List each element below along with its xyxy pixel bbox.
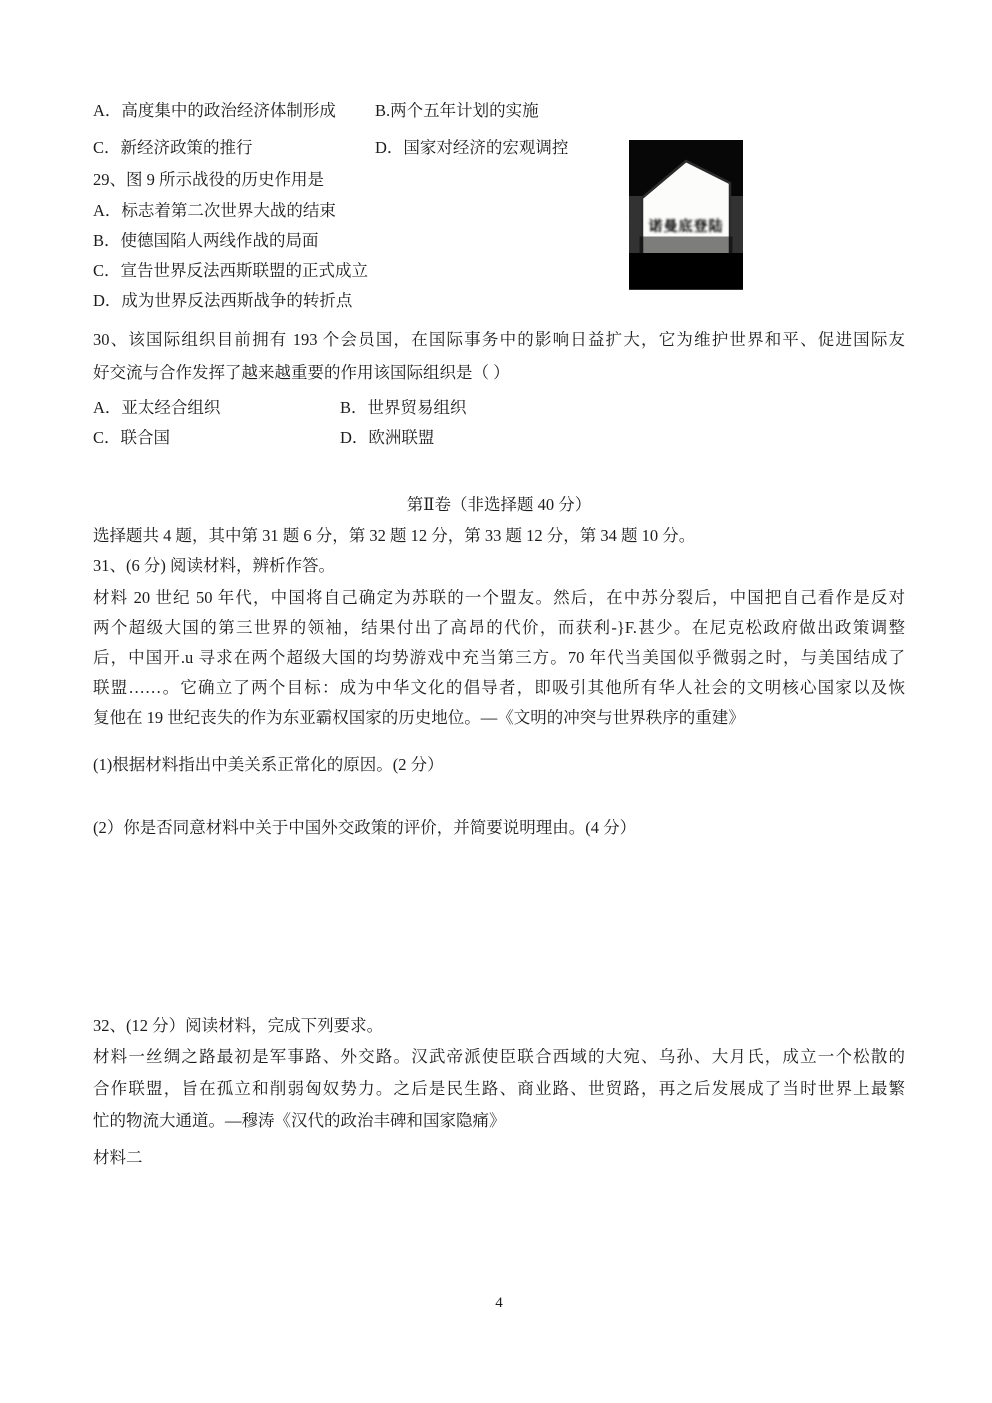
section2-intro: 选择题共 4 题，其中第 31 题 6 分，第 32 题 12 分，第 33 题…	[93, 521, 905, 551]
q30-option-d: D．欧洲联盟	[340, 423, 434, 453]
page-content: A．高度集中的政治经济体制形成 B.两个五年计划的实施 C．新经济政策的推行 D…	[93, 96, 905, 1318]
q31-material-line: 两个超级大国的第三世界的领袖，结果付出了高昂的代价，而获利-}F.甚少。在尼克松…	[93, 613, 905, 643]
q32-material-1: 材料一丝绸之路最初是军事路、外交路。汉武帝派使臣联合西域的大宛、乌孙、大月氏，成…	[93, 1041, 905, 1137]
q31-material: 材料 20 世纪 50 年代，中国将自己确定为苏联的一个盟友。然后，在中苏分裂后…	[93, 583, 905, 733]
q30-option-a: A．亚太经合组织	[93, 393, 340, 423]
q31-sub-question-1: (1)根据材料指出中美关系正常化的原因。(2 分）	[93, 750, 905, 780]
q30-option-b: B．世界贸易组织	[340, 393, 467, 423]
q32-material1-line: 合作联盟，旨在孤立和削弱匈奴势力。之后是民生路、商业路、世贸路，再之后发展成了当…	[93, 1073, 905, 1105]
prev-option-c: C．新经济政策的推行	[93, 133, 375, 163]
q30-options-row-2: C．联合国 D．欧洲联盟	[93, 423, 905, 453]
q32-material1-line: 材料一丝绸之路最初是军事路、外交路。汉武帝派使臣联合西域的大宛、乌孙、大月氏，成…	[93, 1041, 905, 1073]
q31-material-line: 联盟……。它确立了两个目标：成为中华文化的倡导者，即吸引其他所有华人社会的文明核…	[93, 673, 905, 703]
q31-material-line: 材料 20 世纪 50 年代，中国将自己确定为苏联的一个盟友。然后，在中苏分裂后…	[93, 583, 905, 613]
q29-option-c: C．宣告世界反法西斯联盟的正式成立	[93, 256, 905, 286]
q30-stem-line-1: 30、该国际组织目前拥有 193 个会员国，在国际事务中的影响日益扩大，它为维护…	[93, 325, 905, 355]
q31-stem: 31、(6 分) 阅读材料，辨析作答。	[93, 551, 905, 581]
q29-stem: 29、图 9 所示战役的历史作用是	[93, 165, 905, 195]
q29-option-a: A．标志着第二次世界大战的结束	[93, 196, 905, 226]
q31-sub-question-2: (2）你是否同意材料中关于中国外交政策的评价，并简要说明理由。(4 分）	[93, 813, 905, 843]
q30-stem-line-2: 好交流与合作发挥了越来越重要的作用该国际组织是（ ）	[93, 358, 905, 388]
q31-material-line: 后，中国开.u 寻求在两个超级大国的均势游戏中充当第三方。70 年代当美国似乎微…	[93, 643, 905, 673]
q29-option-b: B．使德国陷人两线作战的局面	[93, 226, 905, 256]
figure-9-blurred-title: 诺曼底登陆	[629, 216, 743, 236]
prev-question-options-row-2: C．新经济政策的推行 D．国家对经济的宏观调控	[93, 133, 905, 163]
section2-title: 第Ⅱ卷（非选择题 40 分）	[93, 490, 905, 520]
exam-paper-page: 诺曼底登陆 A．高度集中的政治经济体制形成 B.两个五年计划的实施 C．新经济政…	[0, 0, 992, 1403]
prev-option-d: D．国家对经济的宏观调控	[375, 133, 568, 163]
q30-option-c: C．联合国	[93, 423, 340, 453]
prev-question-options-row-1: A．高度集中的政治经济体制形成 B.两个五年计划的实施	[93, 96, 905, 126]
prev-option-a: A．高度集中的政治经济体制形成	[93, 96, 375, 126]
figure-9-scan-graphic	[629, 140, 743, 290]
q32-material-2-label: 材料二	[93, 1143, 905, 1173]
figure-9-image: 诺曼底登陆	[629, 140, 743, 290]
page-number: 4	[93, 1288, 905, 1318]
q31-material-line: 复他在 19 世纪丧失的作为东亚霸权国家的历史地位。—《文明的冲突与世界秩序的重…	[93, 703, 905, 733]
q32-stem: 32、(12 分）阅读材料，完成下列要求。	[93, 1011, 905, 1041]
q30-options-row-1: A．亚太经合组织 B．世界贸易组织	[93, 393, 905, 423]
prev-option-b: B.两个五年计划的实施	[375, 96, 539, 126]
q32-material1-line: 忙的物流大通道。—穆涛《汉代的政治丰碑和国家隐痛》	[93, 1105, 905, 1137]
q29-option-d: D．成为世界反法西斯战争的转折点	[93, 286, 905, 316]
